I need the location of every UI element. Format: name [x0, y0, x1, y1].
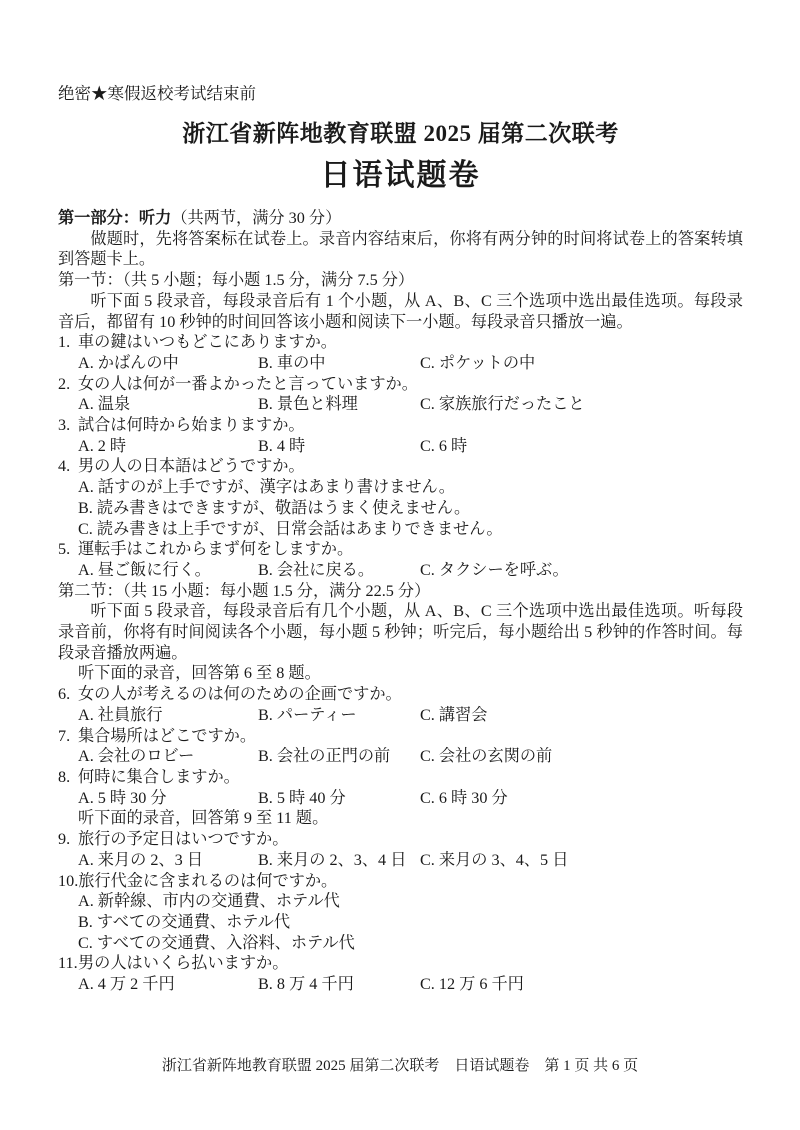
option-b: B. すべての交通費、ホテル代 [58, 912, 743, 933]
option-b: B. 景色と料理 [258, 394, 420, 415]
option-b: B. 会社に戻る。 [258, 560, 420, 581]
option-b: B. 4 時 [258, 436, 420, 457]
option-b: B. 車の中 [258, 353, 420, 374]
option-b: B. 来月の 2、3、4 日 [258, 850, 420, 871]
question-number: 2. [58, 374, 78, 395]
question-4: 4.男の人の日本語はどうですか。 A. 話すのが上手ですが、漢字はあまり書けませ… [58, 456, 743, 539]
question-text: 旅行代金に含まれるのは何ですか。 [78, 872, 337, 890]
question-text: 集合場所はどこですか。 [78, 727, 256, 745]
question-6: 6.女の人が考えるのは何のための企画ですか。 A. 社員旅行 B. パーティー … [58, 684, 743, 725]
question-number: 7. [58, 726, 78, 747]
question-number: 3. [58, 415, 78, 436]
question-number: 1. [58, 332, 78, 353]
option-b: B. 8 万 4 千円 [258, 974, 420, 995]
option-c: C. 家族旅行だったこと [420, 394, 743, 415]
question-text: 何時に集合しますか。 [78, 768, 240, 786]
question-5: 5.運転手はこれからまず何をしますか。 A. 昼ご飯に行く。 B. 会社に戻る。… [58, 539, 743, 580]
question-9: 9.旅行の予定日はいつですか。 A. 来月の 2、3 日 B. 来月の 2、3、… [58, 829, 743, 870]
section2-instructions: 听下面 5 段录音，每段录音后有几个小题，从 A、B、C 三个选项中选出最佳选项… [58, 601, 743, 663]
option-b: B. 会社の正門の前 [258, 746, 420, 767]
option-c: C. 講習会 [420, 705, 743, 726]
question-number: 11. [58, 953, 78, 974]
question-number: 10. [58, 871, 78, 892]
option-c: C. 読み書きは上手ですが、日常会話はあまりできません。 [58, 519, 743, 540]
option-b: B. 読み書きはできますが、敬語はうまく使えません。 [58, 498, 743, 519]
question-text: 試合は何時から始まりますか。 [78, 416, 305, 434]
option-b: B. 5 時 40 分 [258, 788, 420, 809]
exam-paper-page: 绝密★寒假返校考试结束前 浙江省新阵地教育联盟 2025 届第二次联考 日语试题… [0, 0, 800, 1130]
exam-title: 浙江省新阵地教育联盟 2025 届第二次联考 [58, 119, 743, 148]
question-number: 4. [58, 456, 78, 477]
question-number: 9. [58, 829, 78, 850]
option-a: A. 5 時 30 分 [78, 788, 258, 809]
option-c: C. すべての交通費、入浴料、ホテル代 [58, 933, 743, 954]
option-c: C. 12 万 6 千円 [420, 974, 743, 995]
option-c: C. ポケットの中 [420, 353, 743, 374]
question-11: 11.男の人はいくら払いますか。 A. 4 万 2 千円 B. 8 万 4 千円… [58, 953, 743, 994]
question-text: 運転手はこれからまず何をしますか。 [78, 540, 353, 558]
option-c: C. タクシーを呼ぶ。 [420, 560, 743, 581]
option-c: C. 会社の玄関の前 [420, 746, 743, 767]
question-text: 男の人の日本語はどうですか。 [78, 457, 305, 475]
option-a: A. 会社のロビー [78, 746, 258, 767]
option-a: A. 2 時 [78, 436, 258, 457]
question-text: 車の鍵はいつもどこにありますか。 [78, 333, 337, 351]
group1-lead: 听下面的录音，回答第 6 至 8 题。 [58, 663, 743, 684]
question-1: 1.車の鍵はいつもどこにありますか。 A. かばんの中 B. 車の中 C. ポケ… [58, 332, 743, 373]
question-number: 6. [58, 684, 78, 705]
question-10: 10.旅行代金に含まれるのは何ですか。 A. 新幹線、市内の交通費、ホテル代 B… [58, 871, 743, 954]
part1-heading-note: （共两节，满分 30 分） [171, 209, 341, 227]
question-text: 男の人はいくら払いますか。 [78, 954, 288, 972]
option-c: C. 来月の 3、4、5 日 [420, 850, 743, 871]
section1-instructions: 听下面 5 段录音，每段录音后有 1 个小题，从 A、B、C 三个选项中选出最佳… [58, 291, 743, 332]
page-footer: 浙江省新阵地教育联盟 2025 届第二次联考 日语试题卷 第 1 页 共 6 页 [0, 1057, 800, 1076]
question-3: 3.試合は何時から始まりますか。 A. 2 時 B. 4 時 C. 6 時 [58, 415, 743, 456]
option-a: A. 4 万 2 千円 [78, 974, 258, 995]
question-7: 7.集合場所はどこですか。 A. 会社のロビー B. 会社の正門の前 C. 会社… [58, 726, 743, 767]
option-a: A. 来月の 2、3 日 [78, 850, 258, 871]
question-text: 旅行の予定日はいつですか。 [78, 830, 288, 848]
question-text: 女の人が考えるのは何のための企画ですか。 [78, 685, 402, 703]
question-number: 5. [58, 539, 78, 560]
option-b: B. パーティー [258, 705, 420, 726]
question-8: 8.何時に集合しますか。 A. 5 時 30 分 B. 5 時 40 分 C. … [58, 767, 743, 808]
security-label: 绝密★寒假返校考试结束前 [58, 84, 743, 104]
option-a: A. 話すのが上手ですが、漢字はあまり書けません。 [58, 477, 743, 498]
part1-heading-main: 第一部分：听力 [58, 209, 171, 227]
option-a: A. 新幹線、市内の交通費、ホテル代 [58, 891, 743, 912]
part1-heading: 第一部分：听力（共两节，满分 30 分） [58, 208, 743, 229]
group2-lead: 听下面的录音，回答第 9 至 11 题。 [58, 808, 743, 829]
section2-heading: 第二节：（共 15 小题：每小题 1.5 分，满分 22.5 分） [58, 581, 743, 602]
paper-title: 日语试题卷 [58, 157, 743, 195]
option-c: C. 6 時 30 分 [420, 788, 743, 809]
section1-heading: 第一节：（共 5 小题；每小题 1.5 分，满分 7.5 分） [58, 270, 743, 291]
exam-body: 第一部分：听力（共两节，满分 30 分） 做题时，先将答案标在试卷上。录音内容结… [58, 208, 743, 995]
option-a: A. 温泉 [78, 394, 258, 415]
question-text: 女の人は何が一番よかったと言っていますか。 [78, 375, 418, 393]
option-a: A. 社員旅行 [78, 705, 258, 726]
question-2: 2.女の人は何が一番よかったと言っていますか。 A. 温泉 B. 景色と料理 C… [58, 374, 743, 415]
option-c: C. 6 時 [420, 436, 743, 457]
question-number: 8. [58, 767, 78, 788]
part1-intro: 做题时，先将答案标在试卷上。录音内容结束后，你将有两分钟的时间将试卷上的答案转填… [58, 229, 743, 270]
option-a: A. 昼ご飯に行く。 [78, 560, 258, 581]
option-a: A. かばんの中 [78, 353, 258, 374]
